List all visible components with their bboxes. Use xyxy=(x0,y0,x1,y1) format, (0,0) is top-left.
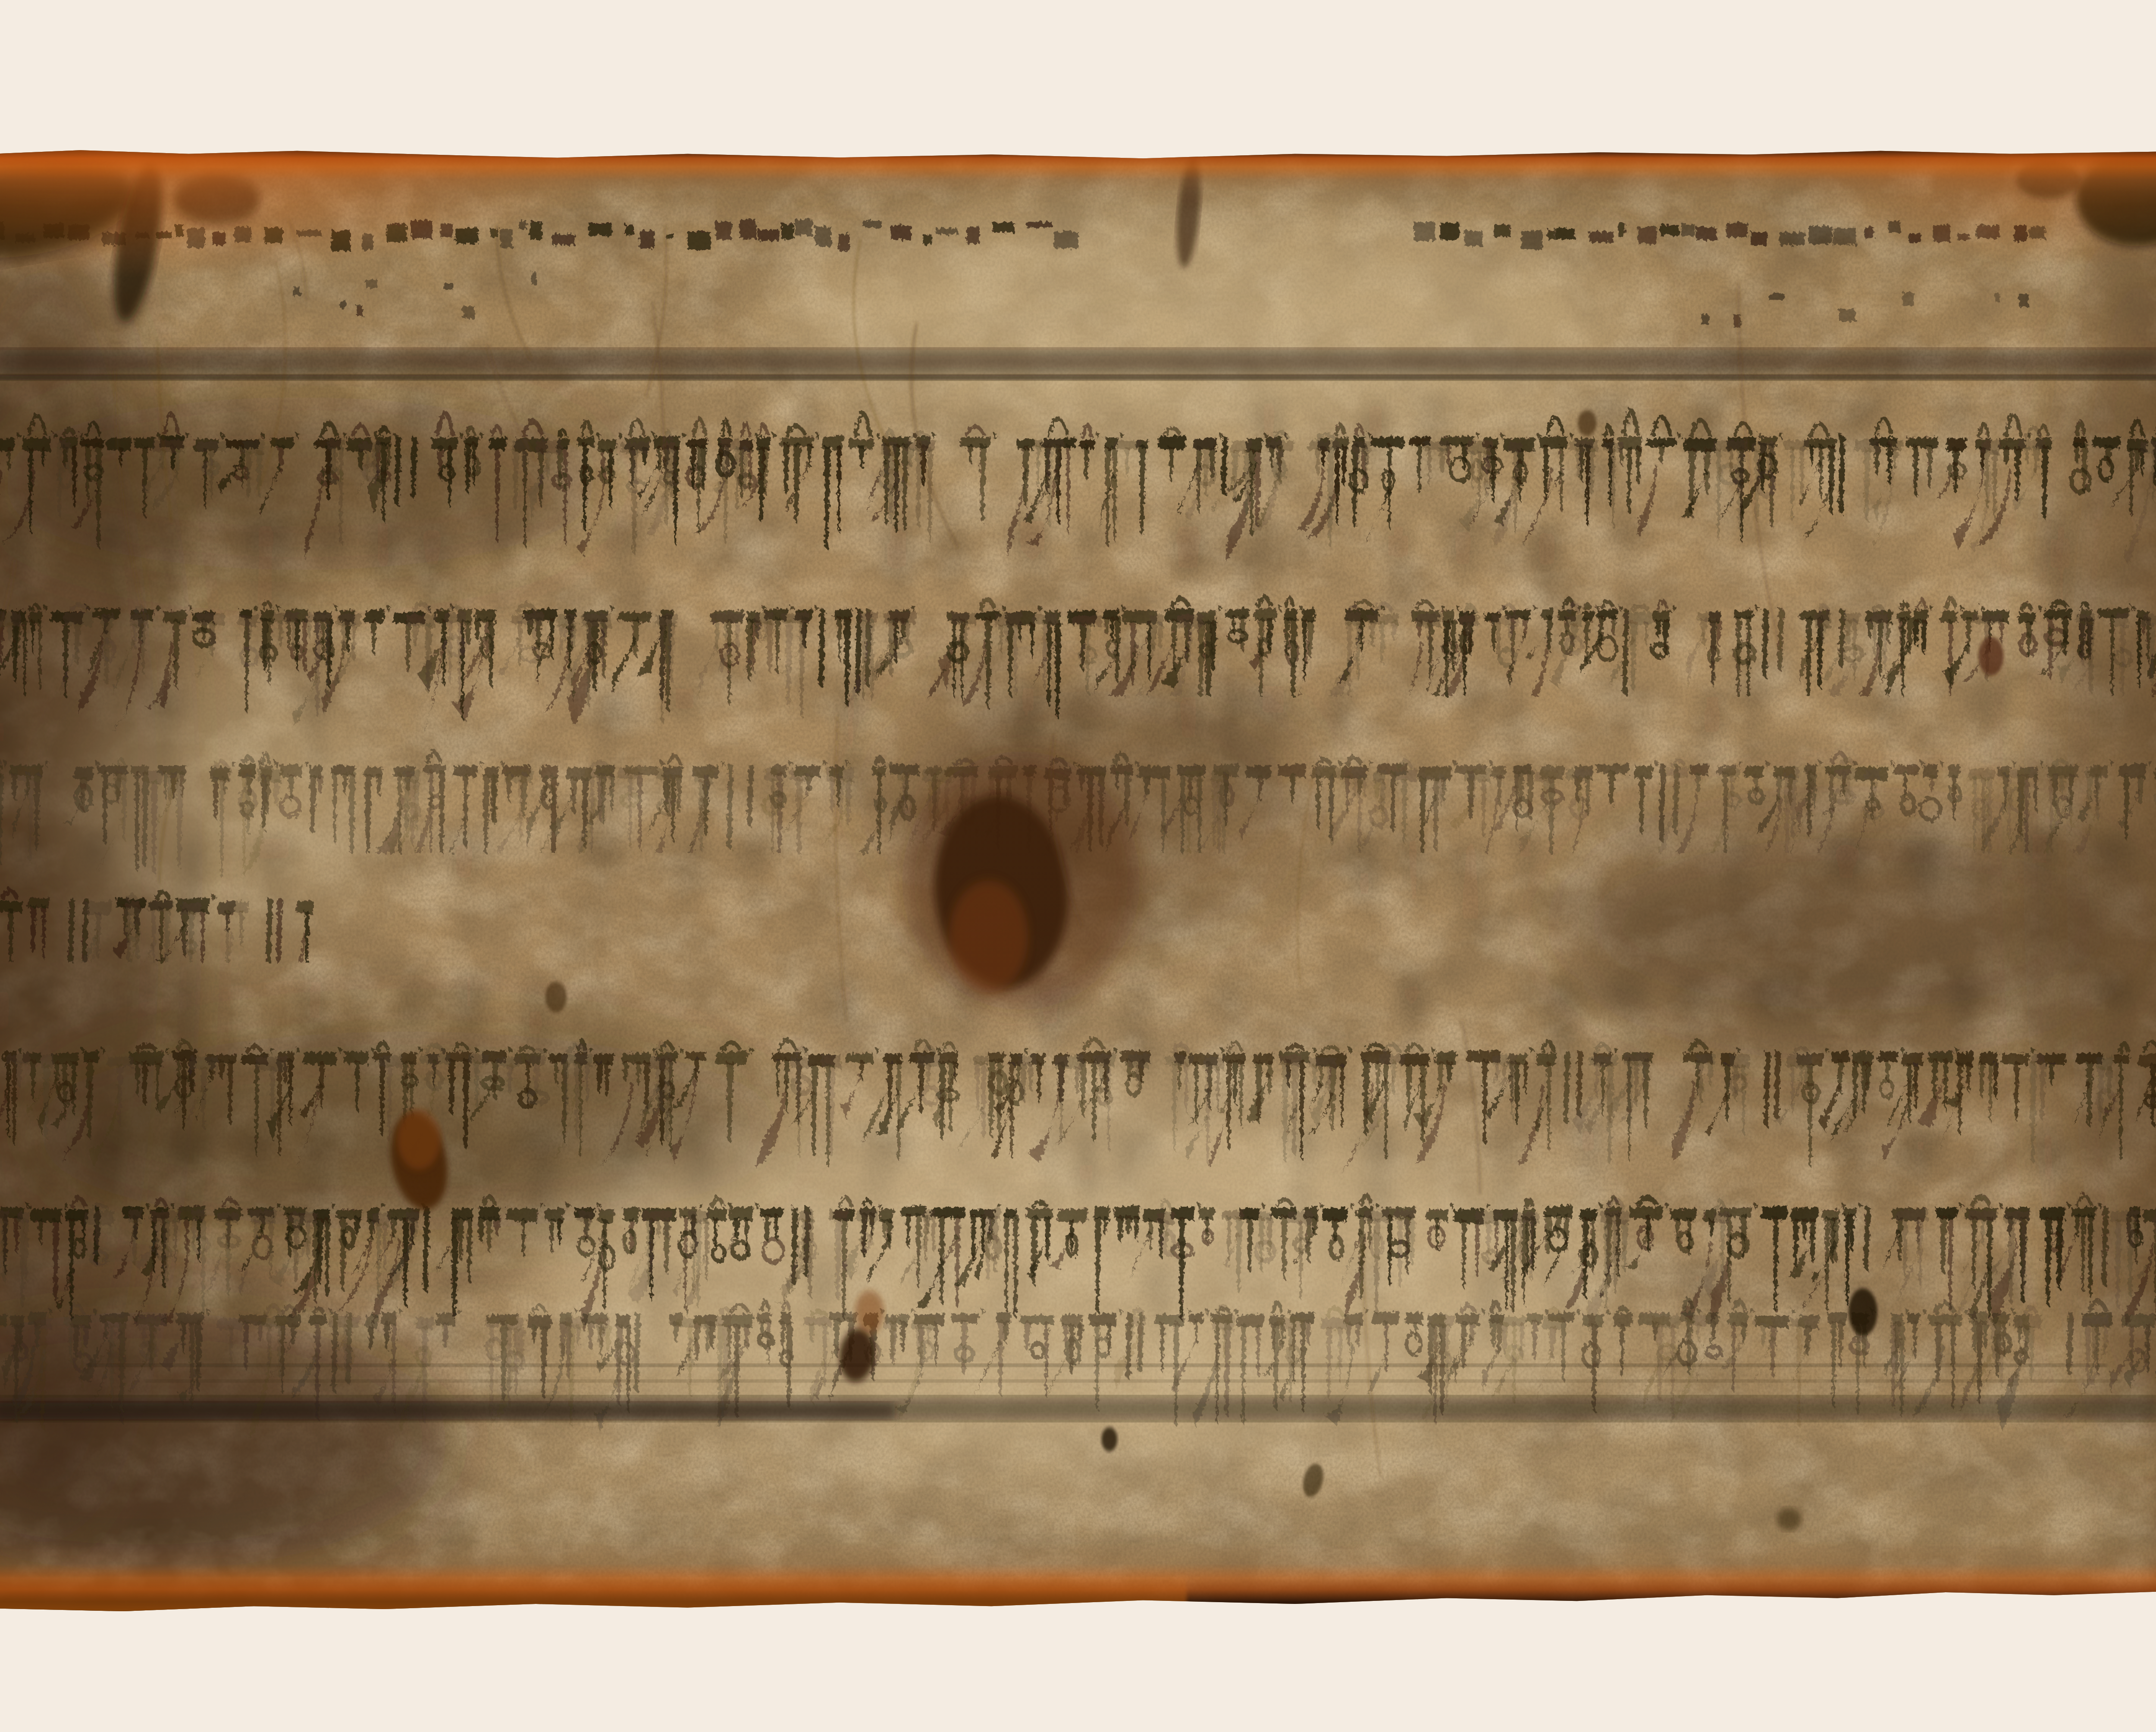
speck-b xyxy=(545,982,567,1013)
ink-blot-red-edge xyxy=(949,881,1028,993)
bottom-rule-faint xyxy=(145,1380,2121,1383)
manuscript-photo xyxy=(0,0,2156,1732)
resin-chip-edge xyxy=(397,1109,440,1170)
ink-blot-halo xyxy=(902,751,1140,1010)
burn-glow-top-left xyxy=(0,147,644,279)
speck-right xyxy=(1849,1289,1877,1336)
leaf-artwork xyxy=(0,147,2156,1614)
shade-bottom-left xyxy=(0,1312,451,1571)
manuscript-leaf xyxy=(0,147,2156,1614)
speck-a xyxy=(1578,411,1596,436)
top-rule-smudge xyxy=(0,350,2156,374)
speck-tiny xyxy=(1101,1428,1117,1452)
speck-d xyxy=(1777,1508,1801,1531)
fleck-line2-right xyxy=(1978,637,2004,676)
light-top-center xyxy=(769,216,1634,440)
speck-red xyxy=(855,1291,884,1334)
burn-glow-top-right xyxy=(1772,147,2156,264)
burn-glow-bottom-left xyxy=(0,1567,1187,1614)
speck-c xyxy=(1299,1460,1327,1500)
top-rule-line xyxy=(0,375,2156,380)
bottom-rule-smudge-left xyxy=(0,1403,895,1419)
